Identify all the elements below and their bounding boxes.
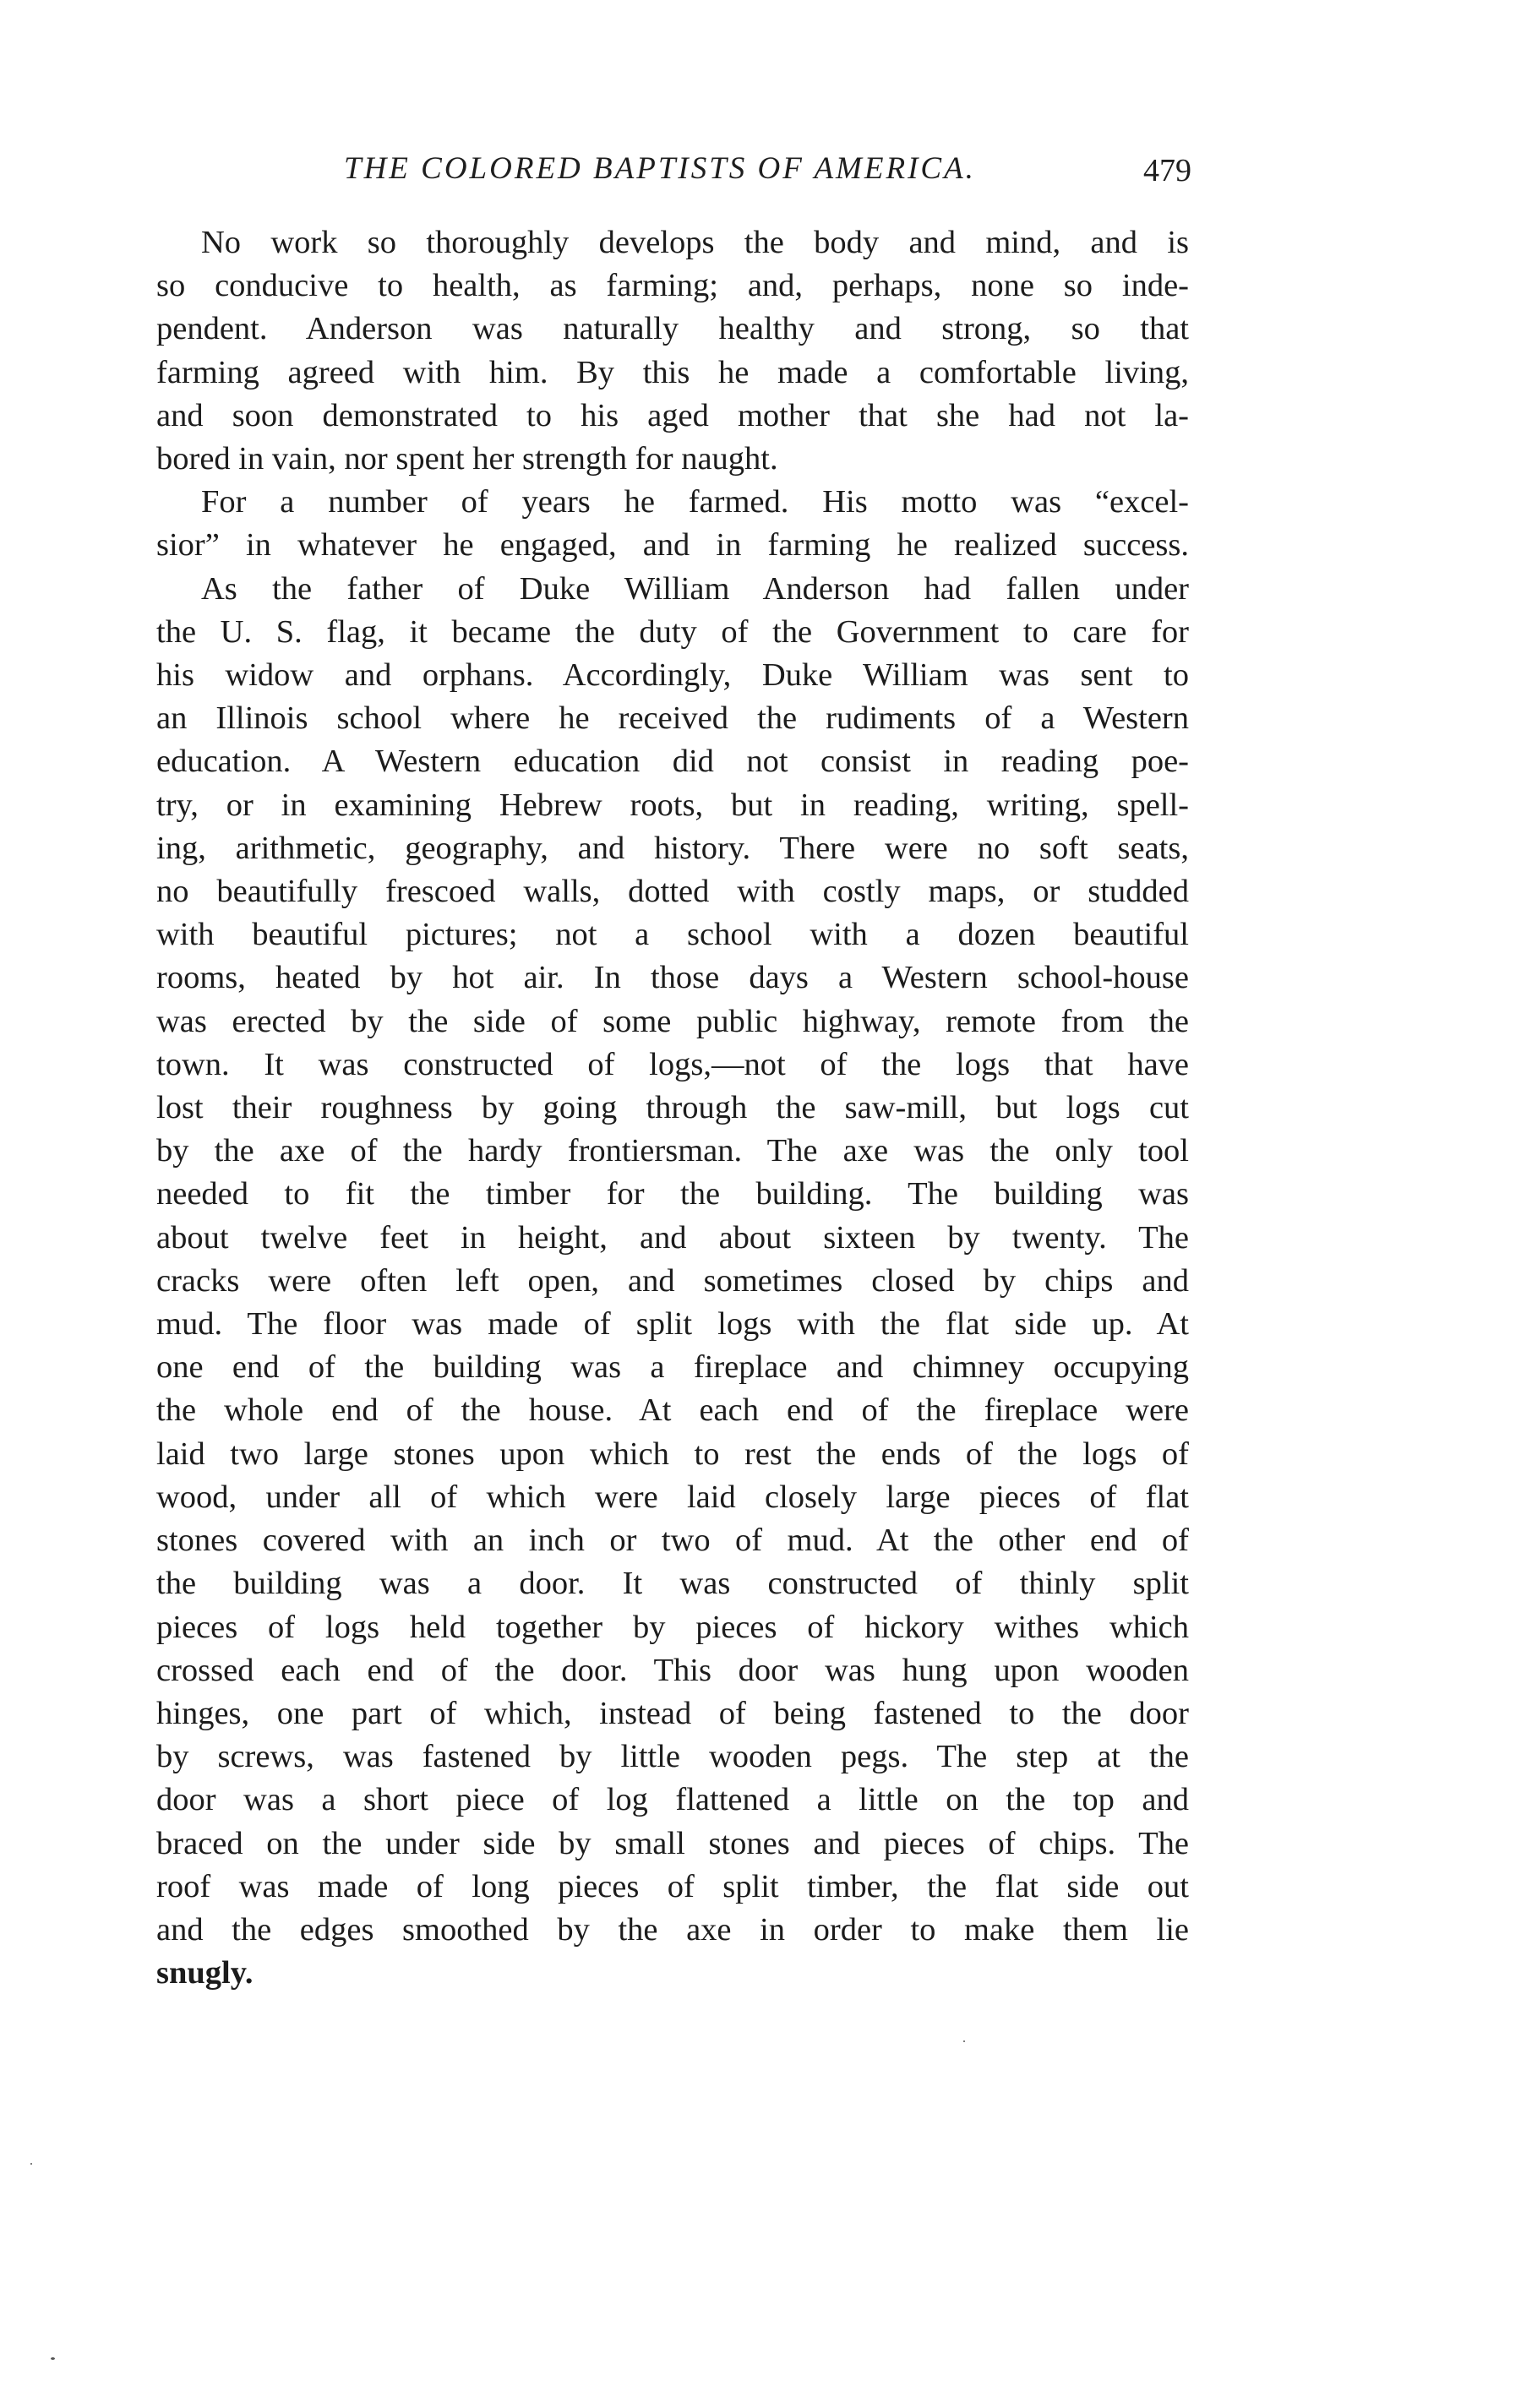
text-line: so conducive to health, as farming; and,… — [156, 264, 1189, 308]
text-line: pendent. Anderson was naturally healthy … — [156, 308, 1189, 351]
text-line: laid two large stones upon which to rest… — [156, 1433, 1189, 1476]
text-line: farming agreed with him. By this he made… — [156, 351, 1189, 395]
text-line: sior” in whatever he engaged, and in far… — [156, 524, 1189, 567]
text-line: education. A Western education did not c… — [156, 740, 1189, 783]
text-line: needed to fit the timber for the buildin… — [156, 1173, 1189, 1216]
text-line: For a number of years he farmed. His mot… — [156, 481, 1189, 524]
text-line: the building was a door. It was construc… — [156, 1562, 1189, 1605]
text-line: lost their roughness by going through th… — [156, 1087, 1189, 1130]
text-line: hinges, one part of which, instead of be… — [156, 1692, 1189, 1735]
text-line: by screws, was fastened by little wooden… — [156, 1735, 1189, 1779]
text-line: town. It was constructed of logs,—not of… — [156, 1043, 1189, 1087]
text-line: rooms, heated by hot air. In those days … — [156, 956, 1189, 1000]
text-line: As the father of Duke William Anderson h… — [156, 568, 1189, 611]
page-number: 479 — [1143, 152, 1191, 189]
paragraph-motto: For a number of years he farmed. His mot… — [156, 481, 1189, 567]
text-line: snugly. — [156, 1952, 1189, 1995]
paragraph-farming: No work so thoroughly develops the body … — [156, 221, 1189, 481]
text-line: door was a short piece of log flattened … — [156, 1779, 1189, 1822]
text-line: by the axe of the hardy frontiersman. Th… — [156, 1130, 1189, 1173]
running-head: THE COLORED BAPTISTS OF AMERICA. 479 — [156, 150, 1191, 193]
text-line: and soon demonstrated to his aged mother… — [156, 395, 1189, 438]
text-line: roof was made of long pieces of split ti… — [156, 1866, 1189, 1909]
scan-speck — [963, 2040, 965, 2042]
text-line: no beautifully frescoed walls, dotted wi… — [156, 870, 1189, 913]
text-line: the U. S. flag, it became the duty of th… — [156, 611, 1189, 654]
text-line: about twelve feet in height, and about s… — [156, 1217, 1189, 1260]
text-line: No work so thoroughly develops the body … — [156, 221, 1189, 264]
book-page: THE COLORED BAPTISTS OF AMERICA. 479 No … — [0, 0, 1521, 2408]
scan-speck — [30, 2163, 32, 2165]
text-line: cracks were often left open, and sometim… — [156, 1260, 1189, 1303]
body-text: No work so thoroughly develops the body … — [156, 221, 1189, 1995]
text-line: the whole end of the house. At each end … — [156, 1389, 1189, 1432]
text-line: with beautiful pictures; not a school wi… — [156, 913, 1189, 956]
text-line: was erected by the side of some public h… — [156, 1000, 1189, 1043]
text-line: braced on the under side by small stones… — [156, 1822, 1189, 1866]
text-line: an Illinois school where he received the… — [156, 697, 1189, 740]
text-line: one end of the building was a fireplace … — [156, 1346, 1189, 1389]
text-line: try, or in examining Hebrew roots, but i… — [156, 784, 1189, 827]
text-line: and the edges smoothed by the axe in ord… — [156, 1909, 1189, 1952]
running-title: THE COLORED BAPTISTS OF AMERICA. — [344, 150, 976, 187]
text-line: his widow and orphans. Accordingly, Duke… — [156, 654, 1189, 697]
text-line: bored in vain, nor spent her strength fo… — [156, 438, 1189, 481]
text-line: mud. The floor was made of split logs wi… — [156, 1303, 1189, 1346]
paragraph-education: As the father of Duke William Anderson h… — [156, 568, 1189, 1996]
text-line: ing, arithmetic, geography, and history.… — [156, 827, 1189, 870]
text-line: wood, under all of which were laid close… — [156, 1476, 1189, 1519]
scan-speck — [51, 2357, 55, 2360]
text-line: stones covered with an inch or two of mu… — [156, 1519, 1189, 1562]
text-line: crossed each end of the door. This door … — [156, 1649, 1189, 1692]
text-line: pieces of logs held together by pieces o… — [156, 1606, 1189, 1649]
